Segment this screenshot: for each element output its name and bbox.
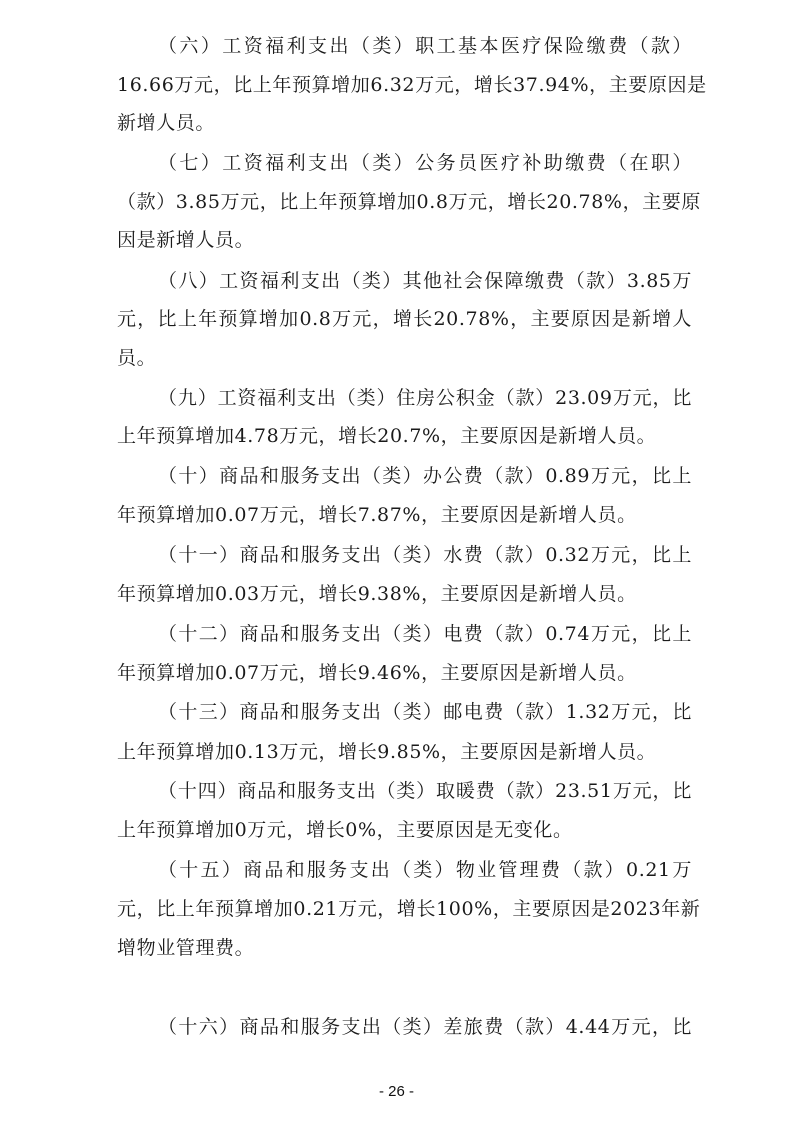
text-line: 年预算增加0.07万元，增长7.87%，主要原因是新增人员。 <box>117 500 692 530</box>
document-page: （六）工资福利支出（类）职工基本医疗保险缴费（款） 16.66万元，比上年预算增… <box>0 0 793 1122</box>
text-line: 16.66万元，比上年预算增加6.32万元，增长37.94%，主要原因是 <box>117 70 692 100</box>
text-line: （八）工资福利支出（类）其他社会保障缴费（款）3.85万 <box>158 266 692 296</box>
text-line: （七）工资福利支出（类）公务员医疗补助缴费（在职） <box>158 148 692 178</box>
text-line: （款）3.85万元，比上年预算增加0.8万元，增长20.78%，主要原 <box>117 187 692 217</box>
text-line: 员。 <box>117 343 692 373</box>
text-line: （六）工资福利支出（类）职工基本医疗保险缴费（款） <box>158 31 692 61</box>
text-line: 因是新增人员。 <box>117 225 692 255</box>
text-line: （十一）商品和服务支出（类）水费（款）0.32万元，比上 <box>158 540 692 570</box>
text-line: （十二）商品和服务支出（类）电费（款）0.74万元，比上 <box>158 619 692 649</box>
text-line: （九）工资福利支出（类）住房公积金（款）23.09万元，比 <box>158 383 692 413</box>
text-line: 上年预算增加4.78万元，增长20.7%，主要原因是新增人员。 <box>117 421 692 451</box>
text-line: 新增人员。 <box>117 108 692 138</box>
text-line: 元，比上年预算增加0.21万元，增长100%，主要原因是2023年新 <box>117 894 692 924</box>
text-line: 增物业管理费。 <box>117 933 692 963</box>
text-line: （十）商品和服务支出（类）办公费（款）0.89万元，比上 <box>158 461 692 491</box>
text-line: （十三）商品和服务支出（类）邮电费（款）1.32万元，比 <box>158 697 692 727</box>
text-line: 上年预算增加0万元，增长0%，主要原因是无变化。 <box>117 815 692 845</box>
text-line: （十五）商品和服务支出（类）物业管理费（款）0.21万 <box>158 855 692 885</box>
text-line: （十四）商品和服务支出（类）取暖费（款）23.51万元，比 <box>158 776 692 806</box>
text-line: 上年预算增加0.13万元，增长9.85%，主要原因是新增人员。 <box>117 737 692 767</box>
text-line: 年预算增加0.03万元，增长9.38%，主要原因是新增人员。 <box>117 579 692 609</box>
text-line: 元，比上年预算增加0.8万元，增长20.78%，主要原因是新增人 <box>117 304 692 334</box>
page-number: - 26 - <box>0 1083 793 1100</box>
text-line: （十六）商品和服务支出（类）差旅费（款）4.44万元，比 <box>158 1012 692 1042</box>
text-line: 年预算增加0.07万元，增长9.46%，主要原因是新增人员。 <box>117 658 692 688</box>
